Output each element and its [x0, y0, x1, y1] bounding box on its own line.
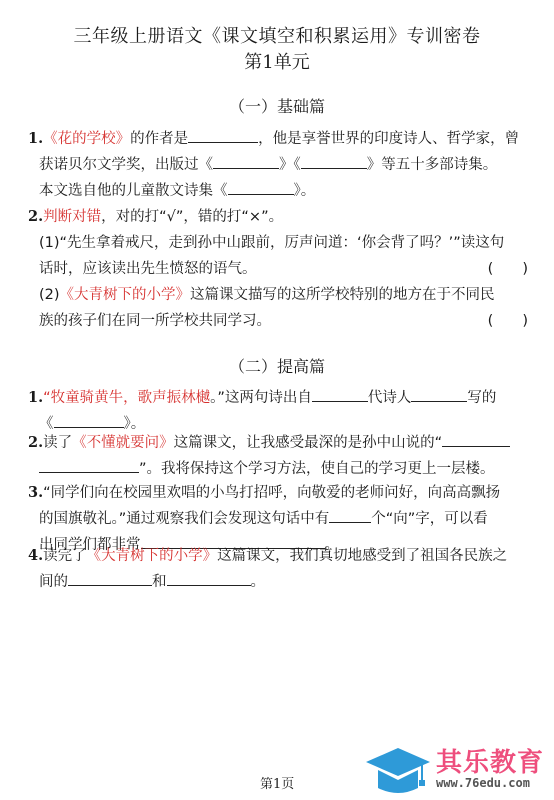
- question-number: 3.: [28, 484, 43, 501]
- brand-url: www.76edu.com: [436, 776, 530, 790]
- text: 》等五十多部诗集。: [367, 157, 498, 173]
- answer-blank[interactable]: [442, 432, 510, 447]
- watermark-logo: 其乐教育 www.76edu.com: [364, 742, 554, 798]
- lesson-title: 《大青树下的小学》: [60, 287, 191, 303]
- text: ，对的打“√”，错的打“×”。: [101, 209, 283, 225]
- text: 这篇课文描写的这所学校特别的地方在于不同民: [190, 287, 495, 303]
- question-adv-2: 2.读了《不懂就要问》这篇课文，让我感受最深的是孙中山说的“ ”。我将保持这个学…: [28, 430, 528, 482]
- doc-title: 三年级上册语文《课文填空和积累运用》专训密卷: [0, 22, 554, 48]
- text: 个“向”字，可以看: [371, 511, 488, 527]
- question-number: 2.: [28, 434, 43, 451]
- text: ，他是享誉世界的印度诗人、哲学家，曾: [258, 131, 519, 147]
- answer-blank[interactable]: [54, 413, 124, 428]
- text: 族的孩子们在同一所学校共同学习。: [39, 313, 271, 329]
- text: 代诗人: [368, 390, 412, 406]
- answer-paren[interactable]: ( ): [488, 256, 528, 282]
- lesson-title: 《大青树下的小学》: [87, 548, 218, 564]
- question-basic-1: 1.《花的学校》的作者是，他是享誉世界的印度诗人、哲学家，曾 获诺贝尔文学奖，出…: [28, 126, 528, 204]
- text: “同学们向在校园里欢唱的小鸟打招呼，向敬爱的老师问好，向高高飘扬: [43, 485, 500, 501]
- text: 。”这两句诗出自: [210, 390, 312, 406]
- question-number: 1.: [28, 130, 43, 147]
- section-heading-basic: （一）基础篇: [0, 94, 554, 117]
- text: (2): [39, 287, 60, 303]
- text: 和: [152, 574, 167, 590]
- question-number: 2.: [28, 208, 43, 225]
- question-number: 4.: [28, 547, 43, 564]
- brand-name: 其乐教育: [436, 742, 544, 779]
- judge-item-1: (1)“先生拿着戒尺，走到孙中山跟前，厉声问道：‘你会背了吗？’”读这句: [28, 230, 528, 256]
- text: ”。我将保持这个学习方法，使自己的学习更上一层楼。: [139, 461, 495, 477]
- page-number: 第1页: [260, 773, 294, 792]
- text: 》《: [279, 157, 301, 173]
- answer-blank[interactable]: [312, 387, 368, 402]
- text: 这篇课文，我们真切地感受到了祖国各民族之: [217, 548, 507, 564]
- text: 。: [251, 574, 266, 590]
- text: 》。: [294, 183, 316, 199]
- text: 的作者是: [130, 131, 188, 147]
- text: 话时，应该读出先生愤怒的语气。: [39, 261, 257, 277]
- text: 间的: [39, 574, 68, 590]
- question-adv-4: 4.读完了《大青树下的小学》这篇课文，我们真切地感受到了祖国各民族之 间的和。: [28, 543, 528, 595]
- lesson-title: 《花的学校》: [43, 131, 130, 147]
- answer-blank[interactable]: [188, 128, 258, 143]
- text: 读完了: [43, 548, 87, 564]
- instruction-highlight: 判断对错: [43, 209, 101, 225]
- answer-blank[interactable]: [329, 508, 371, 523]
- answer-blank[interactable]: [39, 458, 139, 473]
- text: 的国旗敬礼。”通过观察我们会发现这句话中有: [39, 511, 329, 527]
- text: 本文选自他的儿童散文诗集《: [39, 183, 228, 199]
- poem-quote: “牧童骑黄牛，歌声振林樾: [43, 390, 210, 406]
- unit-title: 第1单元: [0, 48, 554, 74]
- text: 读了: [43, 435, 72, 451]
- answer-blank[interactable]: [411, 387, 467, 402]
- question-basic-2: 2.判断对错，对的打“√”，错的打“×”。 (1)“先生拿着戒尺，走到孙中山跟前…: [28, 204, 528, 334]
- graduation-cap-icon: [364, 744, 432, 796]
- text: 写的: [467, 390, 496, 406]
- answer-blank[interactable]: [167, 571, 251, 586]
- answer-paren[interactable]: ( ): [488, 308, 528, 334]
- answer-blank[interactable]: [213, 154, 279, 169]
- section-heading-advanced: （二）提高篇: [0, 354, 554, 377]
- text: 获诺贝尔文学奖，出版过《: [39, 157, 213, 173]
- answer-blank[interactable]: [301, 154, 367, 169]
- question-number: 1.: [28, 389, 43, 406]
- answer-blank[interactable]: [68, 571, 152, 586]
- lesson-title: 《不懂就要问》: [72, 435, 174, 451]
- text: 这篇课文，让我感受最深的是孙中山说的“: [174, 435, 443, 451]
- answer-blank[interactable]: [228, 180, 294, 195]
